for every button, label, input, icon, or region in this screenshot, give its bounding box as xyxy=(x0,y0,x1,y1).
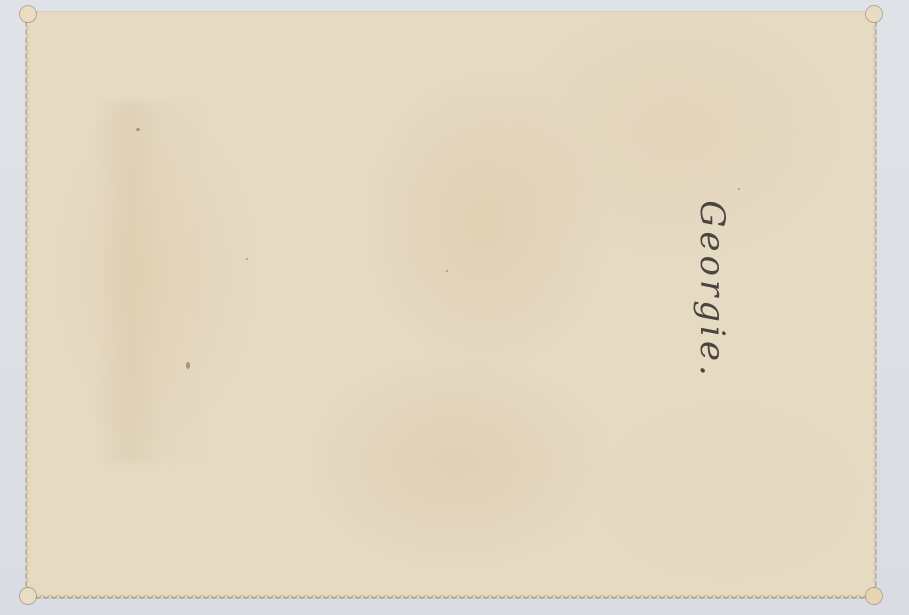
corner-top-right xyxy=(866,6,882,22)
paper-speck xyxy=(246,258,248,260)
antique-card-back: Georgie. xyxy=(26,12,876,598)
paper-speck xyxy=(186,362,190,369)
corner-top-left xyxy=(20,6,36,22)
paper-speck xyxy=(738,188,740,190)
corner-bottom-right xyxy=(866,588,882,604)
paper-speck xyxy=(446,270,448,272)
corner-bottom-left xyxy=(20,588,36,604)
paper-speck xyxy=(136,128,140,131)
age-stain xyxy=(96,102,206,462)
handwritten-name: Georgie. xyxy=(692,170,732,410)
